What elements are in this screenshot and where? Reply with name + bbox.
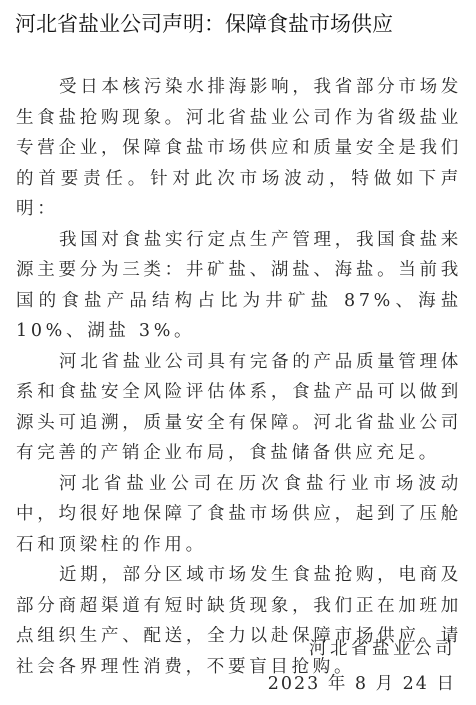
document-title: 河北省盐业公司声明：保障食盐市场供应 — [15, 9, 475, 39]
signature-date: 2023 年 8 月 24 日 — [268, 670, 456, 695]
document-body: 受日本核污染水排海影响，我省部分市场发生食盐抢购现象。河北省盐业公司作为省级盐业… — [16, 72, 462, 682]
paragraph-history: 河北省盐业公司在历次食盐行业市场波动中，均很好地保障了食盐市场供应，起到了压舱石… — [16, 469, 462, 561]
paragraph-quality-system: 河北省盐业公司具有完备的产品质量管理体系和食盐安全风险评估体系，食盐产品可以做到… — [16, 347, 462, 469]
paragraph-intro: 受日本核污染水排海影响，我省部分市场发生食盐抢购现象。河北省盐业公司作为省级盐业… — [16, 72, 462, 225]
paragraph-recent-situation: 近期，部分区域市场发生食盐抢购，电商及部分商超渠道有短时缺货现象，我们正在加班加… — [16, 560, 462, 682]
paragraph-salt-sources: 我国对食盐实行定点生产管理，我国食盐来源主要分为三类：井矿盐、湖盐、海盐。当前我… — [16, 225, 462, 347]
signature-organization: 河北省盐业公司 — [309, 635, 456, 660]
